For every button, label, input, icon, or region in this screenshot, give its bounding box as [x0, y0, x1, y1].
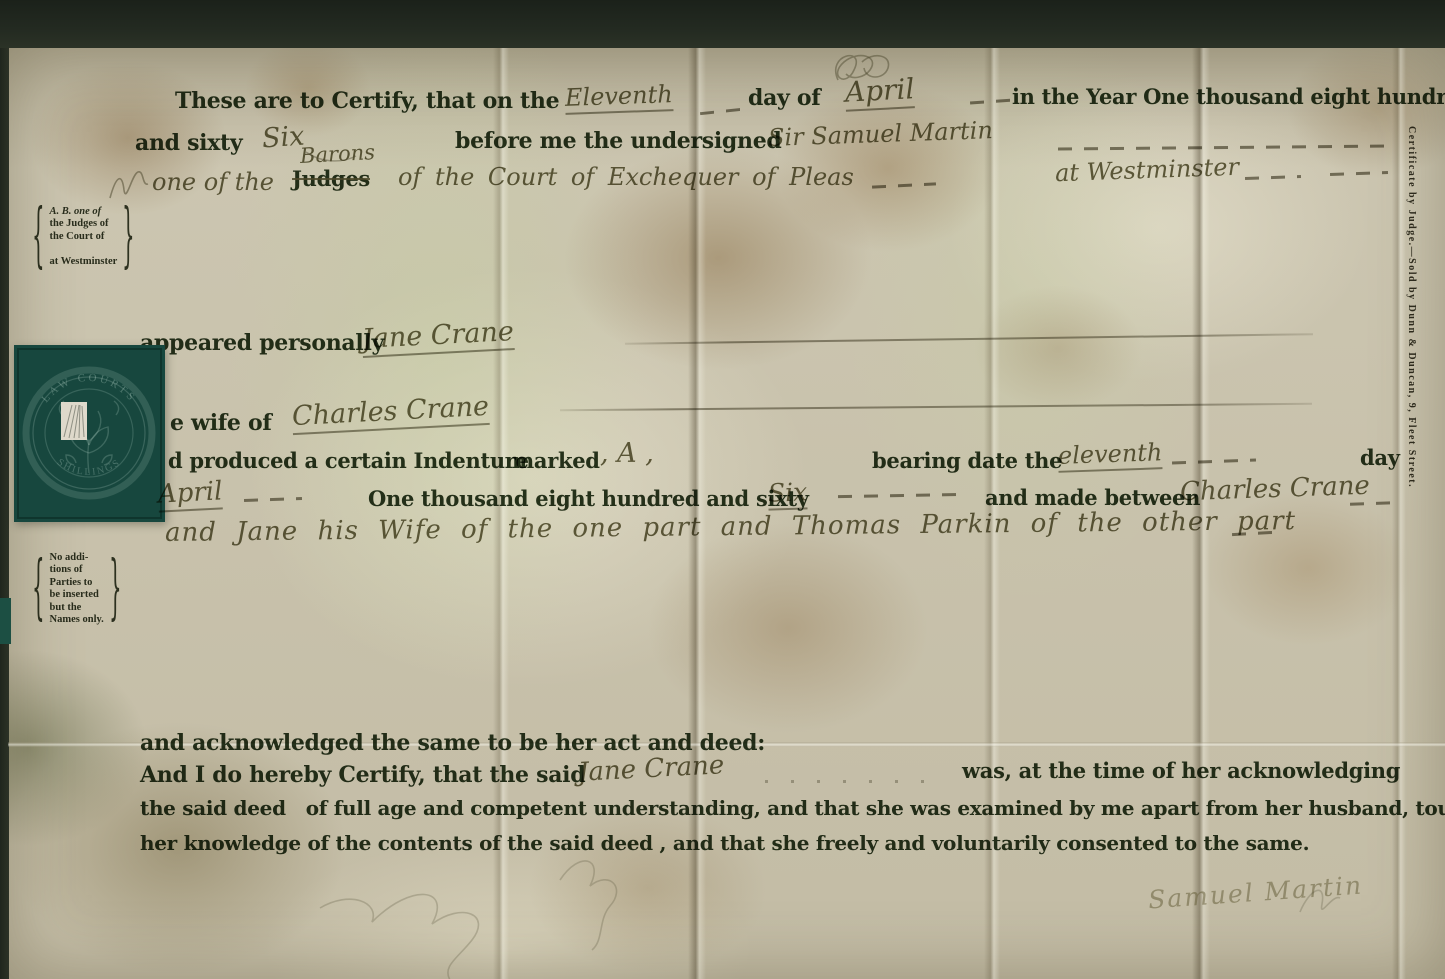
- scanner-background-band: [0, 0, 1445, 48]
- wife-of-printed-text: e wife of: [170, 410, 272, 436]
- fold-crease: [1392, 48, 1406, 979]
- appeared-printed-text: appeared personally: [140, 330, 384, 356]
- year-printed-text: in the Year One thousand eight hundred: [1012, 84, 1445, 109]
- margin-note-line: at Westminster: [50, 256, 118, 268]
- handwritten-six-2: Six: [767, 477, 807, 510]
- margin-note-names-only: { No addi- tions of Parties to be insert…: [30, 552, 123, 626]
- handwritten-court-text: of the Court of Exchequer of Pleas: [398, 163, 854, 191]
- bearing-date-printed-text: bearing date the: [872, 448, 1062, 473]
- handwritten-one-of-the: one of the: [152, 168, 274, 196]
- certify-printed-text: These are to Certify, that on the: [175, 88, 559, 114]
- margin-note-line: No addi-: [50, 552, 104, 564]
- day-printed-text: day: [1360, 445, 1400, 470]
- hereby-certify-printed-text: And I do hereby Certify, that the said: [140, 762, 585, 788]
- and-sixty-printed-text: and sixty: [135, 130, 242, 156]
- day-of-printed-text: day of: [748, 85, 820, 111]
- margin-note-line: the Court of: [50, 231, 118, 243]
- handwritten-month: April: [844, 72, 915, 112]
- margin-note-line: but the: [50, 602, 104, 614]
- indenture-printed-text: d produced a certain Indenture: [168, 448, 529, 473]
- brace-left: {: [32, 197, 44, 278]
- full-age-printed-text: the said deed of full age and competent …: [140, 796, 1445, 820]
- margin-note-line: Names only.: [50, 614, 104, 626]
- marked-printed-text: marked: [512, 448, 600, 473]
- margin-note-line: Parties to: [50, 577, 104, 589]
- brace-left: {: [32, 549, 44, 630]
- printer-imprint-vertical: Certificate by Judge.—Sold by Dunn & Dun…: [1406, 126, 1417, 546]
- made-between-printed-text: and made between: [985, 485, 1200, 510]
- handwritten-indenture-month: April: [157, 476, 223, 512]
- contents-printed-text: her knowledge of the contents of the sai…: [140, 831, 1309, 855]
- edge-teal-mark: [0, 598, 11, 644]
- margin-note-line: be inserted: [50, 589, 104, 601]
- margin-note-line: tions of: [50, 564, 104, 576]
- scanned-deed-certificate: These are to Certify, that on the Eleven…: [0, 0, 1445, 979]
- revenue-stamp-seal: LAW COURTS SHILLINGS: [14, 345, 165, 522]
- margin-note-judges: { A. B. one of the Judges of the Court o…: [30, 206, 137, 269]
- faint-dotted-line: [765, 780, 945, 783]
- was-at-time-printed-text: was, at the time of her acknowledging: [962, 758, 1400, 783]
- handwritten-indenture-mark: , A ,: [600, 438, 654, 469]
- brace-right: }: [109, 549, 121, 630]
- year-words-printed-text: One thousand eight hundred and sixty: [368, 486, 809, 511]
- handwritten-barons-insert: Barons: [299, 140, 375, 168]
- before-me-printed-text: before me the undersigned: [455, 128, 781, 154]
- handwritten-indenture-day: eleventh: [1057, 438, 1162, 473]
- margin-note-line: the Judges of: [50, 218, 118, 230]
- brace-right: }: [122, 197, 134, 278]
- margin-note-line: A. B. one of: [50, 206, 118, 218]
- paper-left-edge-shadow: [0, 48, 9, 979]
- handwritten-day: Eleventh: [564, 80, 673, 115]
- struck-judges-text: Judges: [292, 166, 370, 191]
